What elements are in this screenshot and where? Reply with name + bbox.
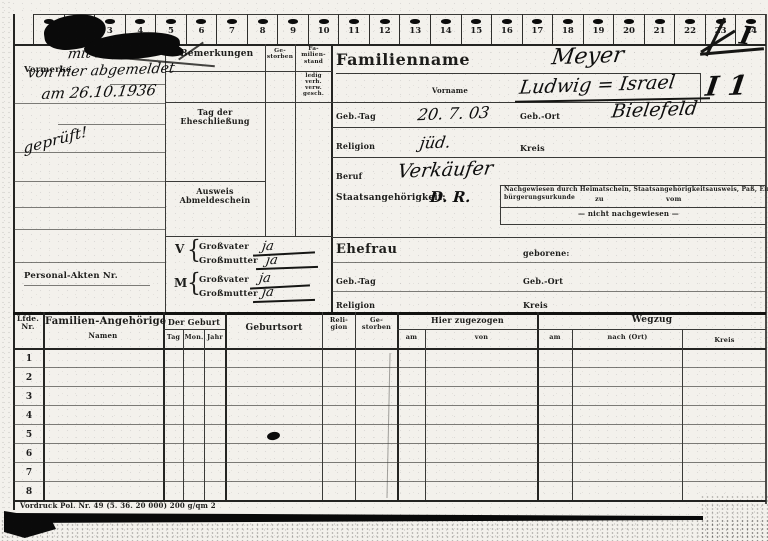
strip-number: 15: [462, 26, 492, 36]
col-gestorben-label: Ge- storben: [356, 317, 397, 331]
strip-number: 8: [248, 26, 278, 36]
ink-spot: [266, 431, 280, 441]
strip-number: 19: [584, 26, 614, 36]
v-grossmutter-label: Großmutter: [199, 257, 258, 266]
col-wegzug-kreis: Kreis: [683, 337, 766, 344]
strip-cell-11: 11: [338, 14, 369, 44]
divider: [165, 71, 332, 72]
footer-imprint: Vordruck Pol. Nr. 49 (5. 36. 20 000) 200…: [20, 502, 216, 510]
col-geburt-tag: Tag: [164, 335, 183, 342]
row-number: 3: [14, 392, 44, 402]
rule-line: [14, 181, 165, 182]
nachweis-box-line: [500, 185, 501, 224]
strip-number: 13: [400, 26, 430, 36]
geb-tag-label: Geb.-Tag: [336, 112, 376, 121]
strip-cell-15: 15: [461, 14, 492, 44]
punch-dot: [441, 19, 451, 24]
col-zugezogen-label: Hier zugezogen: [398, 316, 537, 325]
staatsangehoerigkeit-value: D. R.: [429, 188, 471, 206]
punch-dot: [655, 19, 665, 24]
punch-dot: [319, 19, 329, 24]
strip-number: 17: [523, 26, 553, 36]
rule-line: [14, 229, 165, 230]
religion-label: Religion: [336, 142, 375, 151]
punch-dot: [563, 19, 573, 24]
punch-dot: [227, 19, 237, 24]
strip-number: 22: [675, 26, 705, 36]
row-line: [13, 405, 766, 406]
group-line: [163, 329, 225, 330]
rule-line: [14, 103, 165, 104]
divider: [165, 181, 265, 182]
col-wegzug-label: Wegzug: [538, 316, 766, 326]
punch-dot: [349, 19, 359, 24]
row-number: 1: [14, 354, 44, 364]
ausweis-abmeldeschein-label: Ausweis Abmeldeschein: [170, 187, 260, 204]
ehefrau-geb-ort-label: Geb.-Ort: [523, 277, 563, 286]
beruf-value: Verkäufer: [396, 157, 494, 182]
punch-dot: [135, 19, 145, 24]
nachweis-box-line: [500, 207, 766, 208]
v-grossvater-label: Großvater: [199, 243, 249, 252]
col-geburt-label: Der Geburt: [164, 318, 224, 327]
strip-cell-10: 10: [308, 14, 339, 44]
col-zugezogen-am: am: [398, 334, 425, 341]
strip-number: 21: [645, 26, 675, 36]
geb-tag-value: 20. 7. 03: [416, 103, 490, 124]
row-line: [13, 462, 766, 463]
row-number: 4: [14, 411, 44, 421]
field-line: [332, 157, 766, 158]
strip-number: 20: [614, 26, 644, 36]
strip-cell-12: 12: [369, 14, 400, 44]
v-label: V: [175, 243, 185, 256]
subcol-line: [682, 329, 683, 500]
nachweis-line2: bürgerungsurkunde: [504, 195, 575, 201]
divider: [165, 102, 332, 103]
col-lfde-label: Lfde. Nr.: [14, 315, 42, 331]
meldekarte-scan: 123456789101112131415161718192021222324 …: [0, 0, 768, 541]
field-line: [332, 102, 766, 103]
vermerke-note-line2: von hier abgemeldet: [26, 60, 175, 81]
punch-dot: [410, 19, 420, 24]
subcol-line: [425, 329, 426, 500]
scan-bottom-bar: [13, 513, 703, 523]
beruf-label: Beruf: [336, 172, 362, 181]
field-line: [332, 262, 766, 263]
field-line: [332, 291, 766, 292]
strip-number: 18: [553, 26, 583, 36]
col-geburt-mon: Mon.: [184, 335, 204, 342]
strip-cell-20: 20: [613, 14, 644, 44]
punch-dot: [471, 19, 481, 24]
strip-cell-6: 6: [186, 14, 217, 44]
strip-number: 12: [370, 26, 400, 36]
geb-ort-value: Bielefeld: [610, 98, 699, 123]
subcol-line: [572, 329, 573, 500]
m-label: M: [174, 277, 187, 290]
col-geburt-jahr: Jahr: [205, 335, 225, 342]
nachweis-zu-label: zu: [595, 196, 604, 203]
m-grossvater-label: Großvater: [199, 276, 249, 285]
vermerke-note-line3: am 26.10.1936: [40, 81, 157, 103]
punch-dot: [196, 19, 206, 24]
rule-line: [24, 285, 150, 286]
group-line: [397, 329, 537, 330]
strip-cell-22: 22: [674, 14, 705, 44]
row-number: 2: [14, 373, 44, 383]
punch-dot: [380, 19, 390, 24]
punch-dot: [502, 19, 512, 24]
strip-number: 14: [431, 26, 461, 36]
col-wegzug-ort: nach (Ort): [573, 334, 682, 341]
row-line: [13, 443, 766, 444]
geb-ort-label: Geb.-Ort: [520, 112, 560, 121]
punch-dot: [593, 19, 603, 24]
punch-dot: [258, 19, 268, 24]
m-grossmutter-label: Großmutter: [199, 290, 258, 299]
punch-dot: [532, 19, 542, 24]
row-number: 8: [14, 487, 44, 497]
strip-number: 6: [187, 26, 217, 36]
row-number: 5: [14, 430, 44, 440]
punch-dot: [166, 19, 176, 24]
scan-edge-left: [0, 0, 14, 541]
strip-cell-9: 9: [277, 14, 308, 44]
rule-line: [14, 207, 165, 208]
col-angehoerige-sub: Namen: [45, 332, 161, 340]
col-religion-label: Reli- gion: [323, 317, 355, 331]
strip-cell-13: 13: [399, 14, 430, 44]
divider: [295, 44, 296, 236]
col-wegzug-am: am: [538, 334, 572, 341]
geborene-label: geborene:: [523, 249, 570, 258]
row-number: 6: [14, 449, 44, 459]
classification-mark: I 1: [704, 70, 749, 102]
personal-akten-label: Personal-Akten Nr.: [24, 272, 118, 281]
strip-cell-18: 18: [552, 14, 583, 44]
strip-number: 7: [217, 26, 247, 36]
punch-dot: [288, 19, 298, 24]
strip-number: 11: [339, 26, 369, 36]
group-line: [537, 329, 766, 330]
kreis-label: Kreis: [520, 144, 545, 153]
col-zugezogen-von: von: [426, 334, 537, 341]
divider: [265, 44, 266, 236]
eheschliessung-label: Tag der Eheschließung: [170, 108, 260, 125]
row-line: [13, 481, 766, 482]
subcol-line: [183, 329, 184, 500]
familienstand-options: ledig verh. verw. gesch.: [296, 74, 331, 98]
col-line: [322, 312, 323, 500]
row-line: [13, 424, 766, 425]
religion-value: jüd.: [419, 132, 452, 152]
punch-dot: [624, 19, 634, 24]
row-number: 7: [14, 468, 44, 478]
punch-dot: [685, 19, 695, 24]
subcol-line: [204, 329, 205, 500]
nachweis-line1: Nachgewiesen durch Heimatschein, Staatsa…: [504, 187, 768, 193]
strip-cell-14: 14: [430, 14, 461, 44]
ehefrau-kreis-label: Kreis: [523, 301, 548, 310]
scan-bottom-wedge: [4, 508, 56, 538]
divider: [165, 44, 166, 312]
table-header-line: [13, 348, 766, 350]
nicht-nachgewiesen-label: — nicht nachgewiesen —: [578, 210, 679, 218]
nachweis-box-line: [500, 224, 766, 225]
familienstand-col-label: Fa- milien- stand: [296, 46, 331, 65]
gestorben-col-label: Ge- storben: [266, 48, 294, 61]
strip-cell-17: 17: [522, 14, 553, 44]
col-angehoerige-label: Familien-Angehörige: [45, 317, 161, 328]
strip-cell-8: 8: [247, 14, 278, 44]
ehefrau-geb-tag-label: Geb.-Tag: [336, 277, 376, 286]
col-line: [355, 312, 356, 500]
familienname-value: Meyer: [550, 43, 625, 70]
familienname-label: Familienname: [336, 51, 470, 68]
scan-scratch: [386, 353, 390, 498]
v-grossvater-value: ja: [261, 239, 275, 254]
m-grossvater-value: ja: [258, 271, 272, 286]
strip-number: 10: [309, 26, 339, 36]
punch-dot: [105, 19, 115, 24]
nachweis-vom-label: vom: [666, 196, 682, 203]
col-geburtsort-label: Geburtsort: [226, 324, 322, 334]
strip-cell-16: 16: [491, 14, 522, 44]
vorname-label: Vorname: [432, 87, 468, 95]
ehefrau-religion-label: Religion: [336, 301, 375, 310]
vorname-value: Ludwig = Israel: [518, 71, 676, 98]
divider: [331, 44, 333, 312]
ehefrau-label: Ehefrau: [336, 243, 397, 257]
field-line: [332, 237, 766, 238]
strip-cell-19: 19: [583, 14, 614, 44]
strip-number: 16: [492, 26, 522, 36]
rule-line: [14, 262, 165, 263]
col-line: [225, 312, 227, 500]
strip-number: 9: [278, 26, 308, 36]
card-right-border: [765, 14, 767, 504]
strip-cell-7: 7: [216, 14, 247, 44]
strip-cell-21: 21: [644, 14, 675, 44]
field-line: [332, 127, 766, 128]
